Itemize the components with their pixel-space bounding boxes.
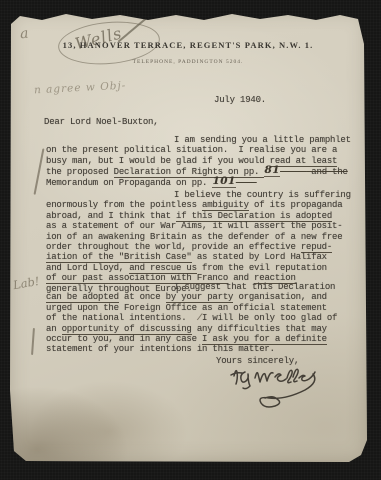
letter-line: and Lord Lloyd, and rescue us from the e…	[46, 263, 368, 273]
letter-paper: a Wells 13, HANOVER TERRACE, REGENT'S PA…	[8, 10, 368, 463]
letter-line: ion of an awakening Britain as the defen…	[46, 232, 368, 242]
pencil-slash-mark	[118, 4, 163, 42]
letter-line: busy man, but I would be glad if you wou…	[46, 156, 368, 166]
letter-line: I am sending you a little pamphlet	[46, 135, 368, 145]
letter-line: can be adopted at once by your party org…	[46, 292, 368, 302]
letter-paragraph-2: I believe the country is sufferingenormo…	[46, 190, 368, 294]
pencil-margin-mark	[34, 148, 45, 194]
letter-line: enormously from the pointless ambiguity …	[46, 200, 368, 210]
letter-line: an opportunity of discussing any difficu…	[46, 324, 368, 334]
letter-line: iation of the "British Case" as stated b…	[46, 252, 368, 262]
letter-line: I believe the country is suffering	[46, 190, 368, 200]
letter-line: statement of your intentions in this mat…	[46, 344, 368, 354]
letter-line: of the national intentions. /I will be o…	[46, 313, 368, 323]
letter-line: as a statement of our War Aims, it will …	[46, 221, 368, 231]
pencil-margin-mark	[31, 328, 34, 355]
letterhead-telephone: TELEPHONE, PADDINGTON 5204.	[8, 59, 368, 65]
letterhead-address: 13, HANOVER TERRACE, REGENT'S PARK, N.W.…	[8, 40, 368, 50]
letter-line: Memorandum on Propaganda on pp. 101	[46, 177, 368, 187]
pencil-annotation-lab: Lab!	[12, 274, 41, 292]
letter-paragraph-3: I suggest that this Declarationcan be ad…	[46, 282, 368, 355]
salutation: Dear Lord Noel-Buxton,	[44, 117, 158, 127]
letter-line: urged upon the Foreign Office as an offi…	[46, 303, 368, 313]
letter-line: the proposed Declaration of Rights on pp…	[46, 166, 368, 176]
letter-line: on the present political situation. I re…	[46, 145, 368, 155]
letter-line: I suggest that this Declaration	[46, 282, 368, 292]
letter-paragraph-1: I am sending you a little pamphleton the…	[46, 135, 368, 187]
signature	[224, 362, 344, 418]
letter-date: July 1940.	[214, 95, 266, 105]
letter-line: order throughout the world, provide an e…	[46, 242, 368, 252]
letter-line: occur to you, and in any case I ask you …	[46, 334, 368, 344]
scan-background: a Wells 13, HANOVER TERRACE, REGENT'S PA…	[0, 0, 381, 480]
letter-line: abroad, and I think that if this Declara…	[46, 211, 368, 221]
pencil-annotation-note: n agree w Obj-	[34, 80, 127, 97]
